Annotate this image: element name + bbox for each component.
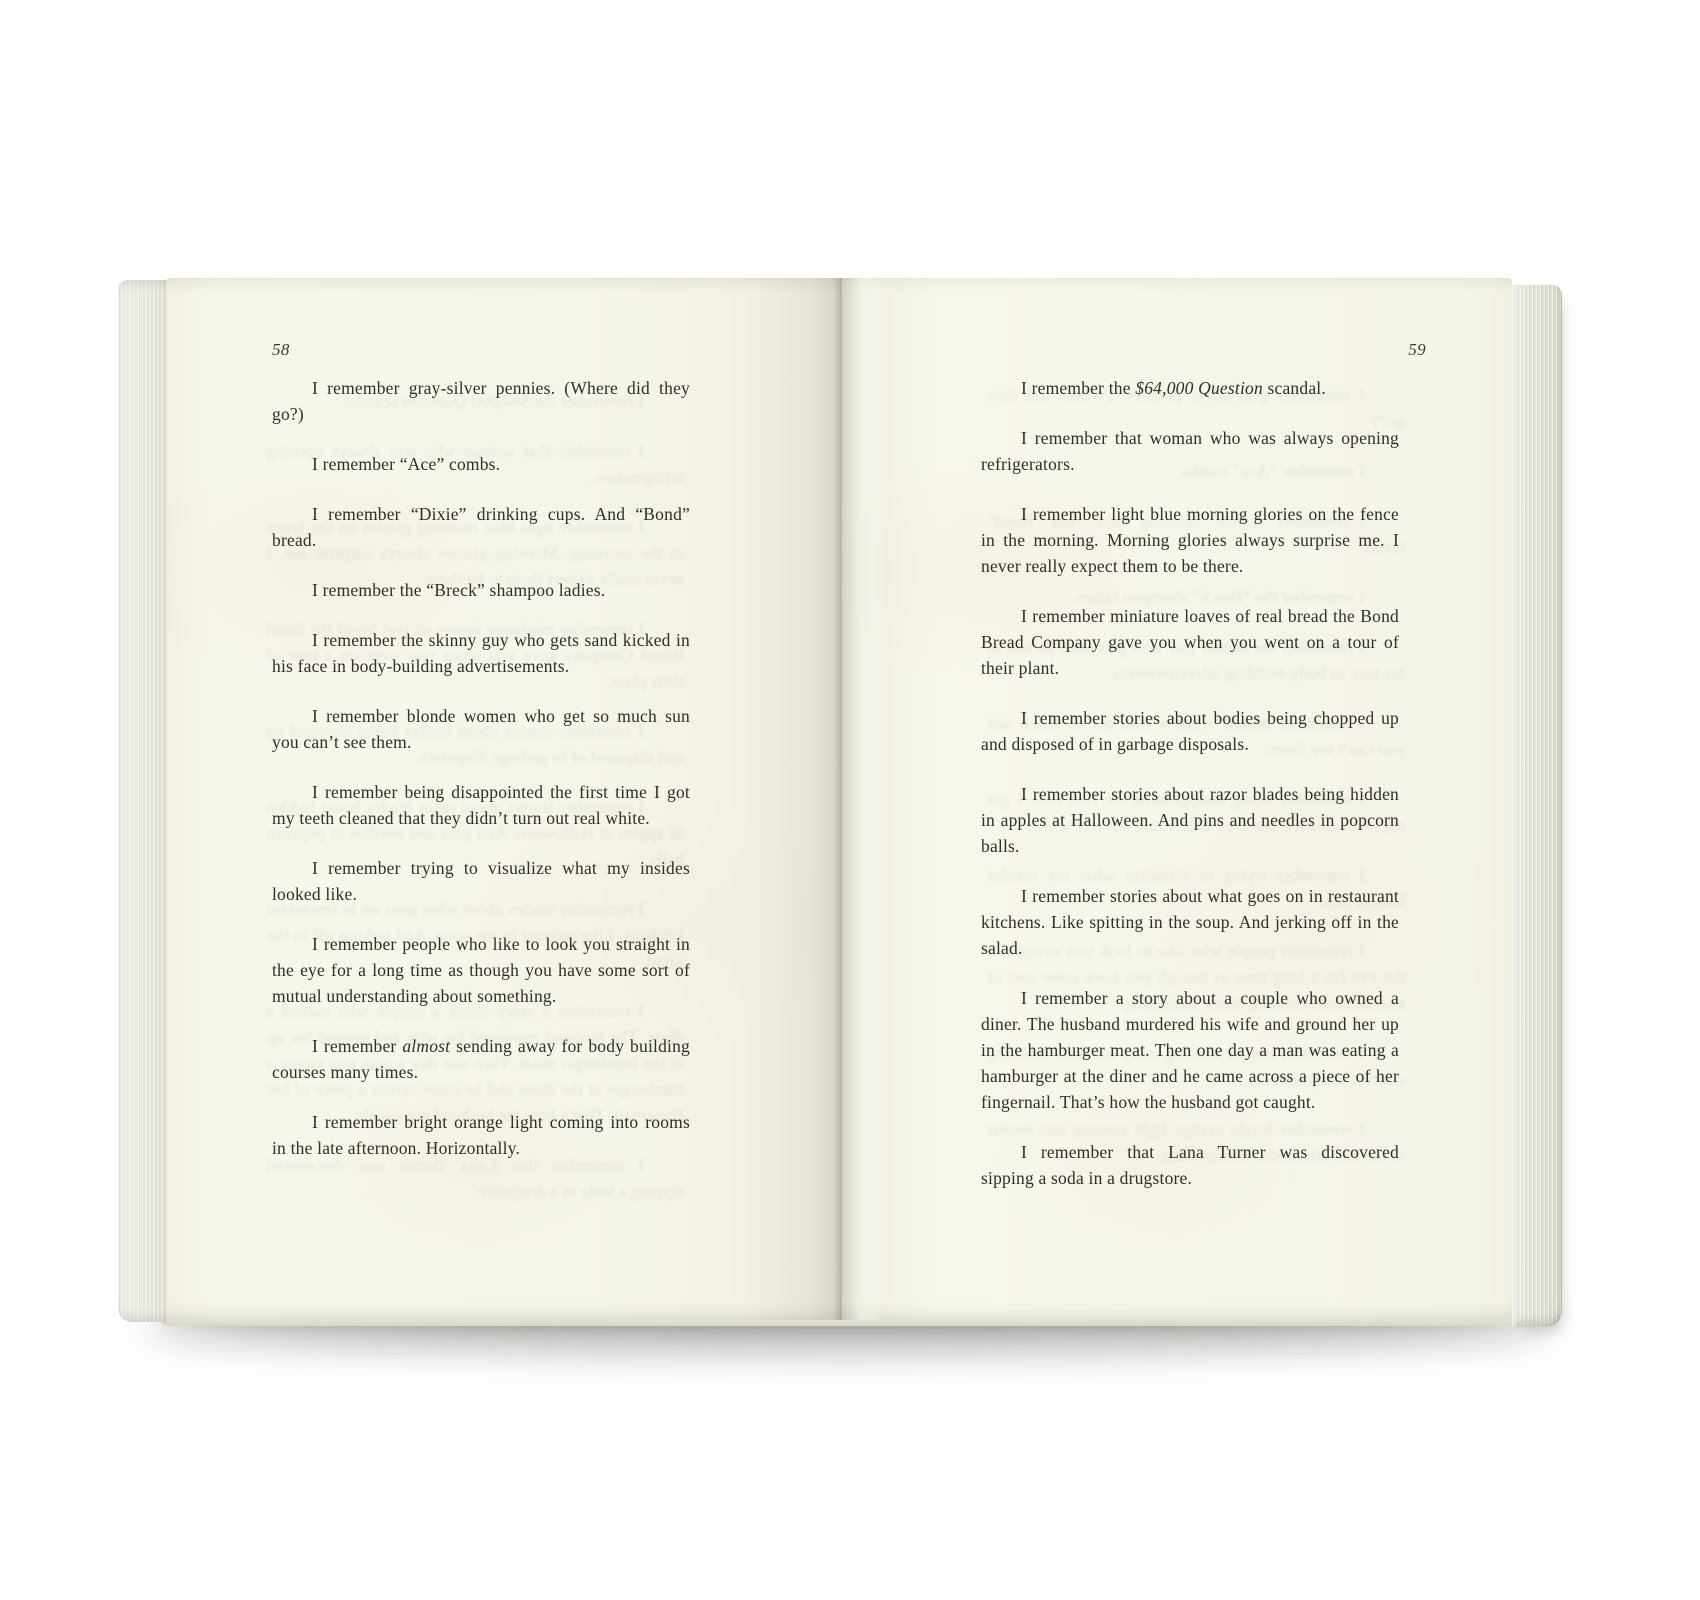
text-run: I remember that woman who was always ope… <box>981 428 1399 474</box>
text-run: I remember the “Breck” shampoo ladies. <box>312 580 605 600</box>
text-run: I remember <box>312 1036 402 1056</box>
paragraph: I remember trying to visualize what my i… <box>272 855 690 907</box>
text-run: I remember bright orange light coming in… <box>272 1112 690 1158</box>
paragraph: I remember people who like to look you s… <box>272 931 690 1009</box>
paragraph: I remember “Ace” combs. <box>272 451 690 477</box>
paragraph: I remember the “Breck” shampoo ladies. <box>272 577 690 603</box>
text-run: I remember the skinny guy who gets sand … <box>272 630 690 676</box>
text-run: I remember a story about a couple who ow… <box>981 988 1399 1112</box>
page-58: I remember the $64,000 Question scandal.… <box>166 278 841 1320</box>
paragraph: I remember that woman who was always ope… <box>981 425 1399 477</box>
paragraph: I remember blonde women who get so much … <box>272 703 690 755</box>
text-run: I remember that Lana Turner was discover… <box>981 1142 1399 1188</box>
paragraph: I remember being disappointed the first … <box>272 779 690 831</box>
paragraph: I remember miniature loaves of real brea… <box>981 603 1399 681</box>
text-run: I remember stories about bodies being ch… <box>981 708 1399 754</box>
page-58-text: I remember gray-silver pennies. (Where d… <box>272 375 690 1161</box>
text-run: I remember being disappointed the first … <box>272 782 690 828</box>
page-number-58: 58 <box>272 338 290 362</box>
paragraph: I remember a story about a couple who ow… <box>981 985 1399 1115</box>
paragraph: I remember stories about razor blades be… <box>981 781 1399 859</box>
text-run: I remember miniature loaves of real brea… <box>981 606 1399 678</box>
paragraph: I remember bright orange light coming in… <box>272 1109 690 1161</box>
book-photo: I remember the $64,000 Question scandal.… <box>0 0 1700 1600</box>
paragraph: I remember almost sending away for body … <box>272 1033 690 1085</box>
italic-text-run: almost <box>402 1036 450 1056</box>
paragraph: I remember stories about what goes on in… <box>981 883 1399 961</box>
paragraph: I remember gray-silver pennies. (Where d… <box>272 375 690 427</box>
paragraph: I remember that Lana Turner was discover… <box>981 1139 1399 1191</box>
text-run: scandal. <box>1263 378 1326 398</box>
paragraph: I remember the skinny guy who gets sand … <box>272 627 690 679</box>
text-run: I remember light blue morning glories on… <box>981 504 1399 576</box>
italic-text-run: $64,000 Question <box>1135 378 1263 398</box>
paragraph: I remember the $64,000 Question scandal. <box>981 375 1399 401</box>
text-run: I remember “Dixie” drinking cups. And “B… <box>272 504 690 550</box>
text-run: I remember trying to visualize what my i… <box>272 858 690 904</box>
text-run: I remember people who like to look you s… <box>272 934 690 1006</box>
text-run: I remember gray-silver pennies. (Where d… <box>272 378 690 424</box>
left-page-edges <box>118 280 166 1322</box>
paragraph: I remember light blue morning glories on… <box>981 501 1399 579</box>
text-run: I remember “Ace” combs. <box>312 454 500 474</box>
page-59: I remember gray-silver pennies. (Where d… <box>841 278 1512 1320</box>
text-run: I remember stories about razor blades be… <box>981 784 1399 856</box>
paragraph: I remember “Dixie” drinking cups. And “B… <box>272 501 690 553</box>
page-59-text: I remember the $64,000 Question scandal.… <box>981 375 1399 1191</box>
paragraph: I remember stories about bodies being ch… <box>981 705 1399 757</box>
text-run: I remember the <box>1021 378 1135 398</box>
page-number-59: 59 <box>1408 338 1426 362</box>
right-page-edges <box>1512 285 1562 1327</box>
text-run: I remember stories about what goes on in… <box>981 886 1399 958</box>
open-book: I remember the $64,000 Question scandal.… <box>118 278 1562 1320</box>
text-run: I remember blonde women who get so much … <box>272 706 690 752</box>
